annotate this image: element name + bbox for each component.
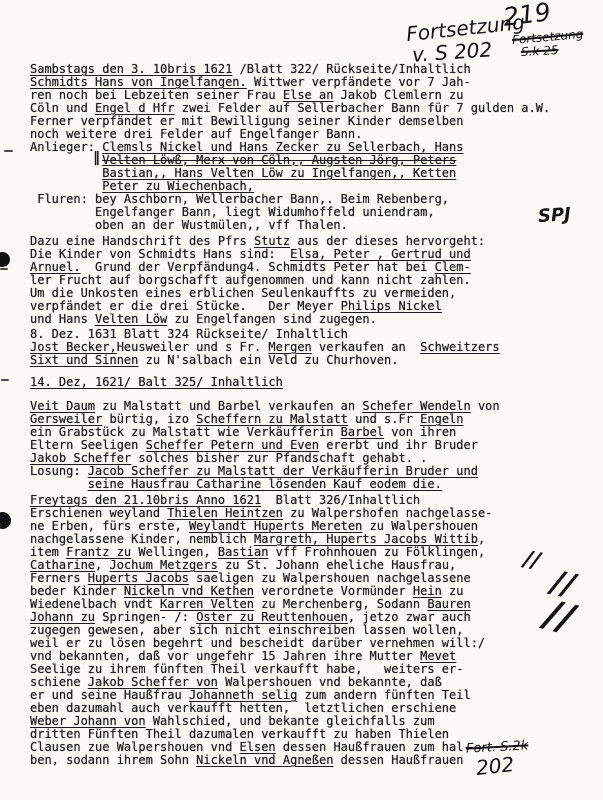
text-line: Sixt und Sinnen zu N'salbach ein Veld zu… bbox=[30, 354, 603, 367]
underlined-text: Scheffer Petern und Even bbox=[146, 438, 319, 452]
text-segment: Erschienen weyland bbox=[30, 506, 167, 520]
text-segment: bürtig, izo bbox=[102, 412, 196, 426]
text-segment bbox=[30, 153, 102, 167]
paragraph: Dazu eine Handschrift des Pfrs Stutz aus… bbox=[30, 235, 603, 326]
text-segment: , bbox=[95, 558, 109, 572]
text-segment: Blatt 326/Inhaltlich bbox=[261, 493, 420, 507]
text-segment: beder Kinder bbox=[30, 584, 124, 598]
underlined-text: Johann zu bbox=[30, 610, 95, 624]
text-segment: ne Erben, fürs erste, bbox=[30, 519, 189, 533]
text-segment: solches bisher zur Pfandschaft gehabt. . bbox=[131, 451, 427, 465]
text-segment: Heusweiler und s Fr. bbox=[117, 340, 269, 354]
underlined-text: Stutz bbox=[254, 234, 290, 248]
scanned-document-page: 219 Fortsetzung v. S 202 Fortsetzung S.k… bbox=[0, 0, 603, 800]
text-segment: nachgelassene Kinder, nemblich bbox=[30, 532, 254, 546]
text-segment: , bbox=[478, 532, 485, 546]
text-segment: Um die Unkosten eines erblichen Seulenka… bbox=[30, 286, 456, 300]
underlined-text: Jakob Scheffer von bbox=[88, 675, 218, 689]
text-segment: zugegen gewesen, aber sich nicht einschr… bbox=[30, 623, 463, 637]
underlined-text: Else an bbox=[283, 88, 334, 102]
underlined-text: Clem- bbox=[435, 260, 471, 274]
text-segment: noch weitere drei Felder auf Engelfanger… bbox=[30, 127, 362, 141]
underlined-text: Sixt und Sinnen bbox=[30, 353, 138, 367]
text-segment: dritten Fünften Theil dazumalen verkauff… bbox=[30, 727, 449, 741]
text-segment: ren noch bei Lebzeiten seiner Frau bbox=[30, 88, 283, 102]
text-line: und Hans Velten Löw zu Engelfangen sind … bbox=[30, 313, 603, 326]
underlined-text: Bastian,, Hans Velten Löw zu Ingelfangen… bbox=[102, 166, 456, 180]
text-segment: zu Walpershouen bbox=[362, 519, 478, 533]
underlined-text: Engeln bbox=[420, 412, 463, 426]
typed-text: Sambstags den 3. 10bris 1621 /Blatt 322/… bbox=[30, 63, 603, 767]
text-segment: aus der dieses hervorgeht: bbox=[290, 234, 485, 248]
text-segment: eben dazumahl auch verkaufft hetten, let… bbox=[30, 701, 456, 715]
underlined-text: Jost Becker, bbox=[30, 340, 117, 354]
text-line: 14. Dez, 1621/ Balt 325/ Inhaltlich bbox=[30, 376, 603, 389]
text-segment: weil er zu lösen begehrt und bescheidt d… bbox=[30, 636, 485, 650]
underlined-text: Nickeln vnd Agneßen bbox=[196, 753, 333, 767]
text-segment: /Blatt 322/ Rückseite/Inhaltlich bbox=[232, 62, 470, 76]
text-segment: zu bbox=[442, 584, 464, 598]
underlined-text: Catharine bbox=[30, 558, 95, 572]
text-segment: verordnete Vormünder bbox=[254, 584, 413, 598]
text-segment: verkaufen an bbox=[312, 340, 420, 354]
underlined-text: Jakob Scheffer bbox=[30, 451, 131, 465]
underlined-text: Schmidts Hans von Ingelfangen. bbox=[30, 75, 247, 89]
underlined-text: Peter zu Wiechenbach, bbox=[102, 179, 254, 193]
text-segment: Seelige zu ihrem fünften Theil verkaufft… bbox=[30, 662, 463, 676]
underlined-text: Karren Velten bbox=[160, 597, 254, 611]
text-segment: zu St. Johann eheliche Hausfrau, bbox=[218, 558, 456, 572]
text-segment: item bbox=[30, 545, 66, 559]
text-segment: von ihren bbox=[384, 425, 456, 439]
underlined-text: Velten Löw bbox=[95, 312, 167, 326]
text-segment: zwei Felder auf Sellerbacher Bann für 7 … bbox=[175, 101, 551, 115]
ink-blot bbox=[0, 512, 11, 529]
underlined-text: Scheffern zu Malstatt bbox=[196, 412, 348, 426]
text-segment: dessen Haußfrauen bbox=[333, 753, 463, 767]
text-segment: 8. Dez. 1631 Blatt 324 Rückseite/ Inhalt… bbox=[30, 327, 348, 341]
underlined-text: Frantz zu bbox=[66, 545, 131, 559]
paragraph: Sambstags den 3. 10bris 1621 /Blatt 322/… bbox=[30, 63, 603, 232]
text-segment: Wahlschied, und bekante gleichfalls zum bbox=[146, 714, 435, 728]
underlined-text: Schweitzers bbox=[420, 340, 499, 354]
text-segment: Wiedenelbach vndt bbox=[30, 597, 160, 611]
underlined-text: Clemsls Nickel und Hans Zecker zu Seller… bbox=[102, 140, 463, 154]
underlined-text: Arnuel. bbox=[30, 260, 81, 274]
text-segment: saeligen zu Walpershouen nachgelassene bbox=[189, 571, 471, 585]
text-segment: zu Merchenberg, Sodann bbox=[254, 597, 427, 611]
text-segment: Wellingen, bbox=[131, 545, 218, 559]
text-segment: Ferners bbox=[30, 571, 88, 585]
text-segment: Ferner verpfändet er mit Bewilligung sei… bbox=[30, 114, 463, 128]
text-segment: zu Walpershofen nachgelasse- bbox=[283, 506, 493, 520]
handwritten-crossed-note-line2: S.k 25 bbox=[521, 43, 559, 59]
text-segment: zum andern fünften Teil bbox=[297, 688, 470, 702]
text-segment: verpfändet er die drei Stücke. Der Meyer bbox=[30, 299, 341, 313]
text-segment: oben an der Wustmülen,, vff Thalen. bbox=[30, 218, 348, 232]
text-segment: ler Frucht auf borgschafft aufgenommen u… bbox=[30, 273, 471, 287]
underlined-text: Sambstags den 3. 10bris 1621 bbox=[30, 62, 232, 76]
underlined-text: Mevet bbox=[420, 649, 456, 663]
text-segment: vff Frohnhouen zu Fölklingen, bbox=[268, 545, 485, 559]
underlined-text: seine Hausfrau Catharine lösenden Kauf e… bbox=[88, 477, 442, 491]
underlined-text: Bastian bbox=[218, 545, 269, 559]
text-segment: ben, sodann ihrem Sohn bbox=[30, 753, 196, 767]
underlined-text: Elsa, Peter , Gertrud und bbox=[290, 247, 471, 261]
underlined-text: Engel d Hfr bbox=[95, 101, 174, 115]
text-segment: und Hans bbox=[30, 312, 95, 326]
underlined-text: Barbel bbox=[341, 425, 384, 439]
underlined-text: 14. Dez, 1621/ Balt 325/ Inhaltlich bbox=[30, 375, 283, 389]
text-segment: Losung: bbox=[30, 464, 88, 478]
underlined-text: Weber Johann von bbox=[30, 714, 146, 728]
margin-dash-mark bbox=[4, 150, 13, 152]
text-segment: , jetzo zwar auch bbox=[348, 610, 471, 624]
underlined-text: Elsen bbox=[240, 740, 276, 754]
underlined-text: Oster zu Reuttenhouen bbox=[196, 610, 348, 624]
underlined-text: Hein bbox=[413, 584, 442, 598]
margin-dash-mark bbox=[1, 379, 9, 381]
text-segment: Wittwer verpfändete vor 7 Jah- bbox=[247, 75, 471, 89]
underlined-text: Weylandt Huperts Mereten bbox=[189, 519, 362, 533]
paragraph: 8. Dez. 1631 Blatt 324 Rückseite/ Inhalt… bbox=[30, 328, 603, 367]
paragraph: Freytags den 21.10bris Anno 1621 Blatt 3… bbox=[30, 494, 603, 767]
text-segment: Springen- /: bbox=[95, 610, 196, 624]
text-segment: dessen Haußfrauen zum hal- bbox=[276, 740, 471, 754]
underlined-text: Margreth, Huperts Jacobs Wittib bbox=[254, 532, 478, 546]
underlined-text: Johanneth selig bbox=[189, 688, 297, 702]
text-segment: zu Malstatt und Barbel verkaufen an bbox=[95, 399, 362, 413]
text-segment: er und seine Haußfrau bbox=[30, 688, 189, 702]
text-segment bbox=[30, 477, 88, 491]
text-segment: zu N'salbach ein Veld zu Churhoven. bbox=[138, 353, 398, 367]
text-segment: Anlieger: bbox=[30, 140, 102, 154]
underlined-text: Bauren bbox=[427, 597, 470, 611]
text-segment: ererbt und ihr Bruder bbox=[319, 438, 478, 452]
underlined-text: Mergen bbox=[268, 340, 311, 354]
text-segment: Jakob Clemlern zu bbox=[333, 88, 463, 102]
text-segment: Clausen zue Walpershouen vnd bbox=[30, 740, 240, 754]
underlined-text: Gersweiler bbox=[30, 412, 102, 426]
underlined-text: Veit Daum bbox=[30, 399, 95, 413]
underlined-text: Schefer Wendeln bbox=[362, 399, 470, 413]
text-segment bbox=[30, 166, 102, 180]
text-segment: Cöln und bbox=[30, 101, 95, 115]
underlined-text: Jacob Scheffer zu Malstatt der Verkäuffe… bbox=[88, 464, 478, 478]
text-segment: Eltern Seeligen bbox=[30, 438, 146, 452]
text-line: seine Hausfrau Catharine lösenden Kauf e… bbox=[30, 478, 603, 491]
paragraph: Veit Daum zu Malstatt und Barbel verkauf… bbox=[30, 400, 603, 491]
text-segment: zu Engelfangen sind zugegen. bbox=[167, 312, 377, 326]
text-segment: und s.Fr bbox=[348, 412, 420, 426]
text-segment: Fluren: bey Aschborn, Wellerbacher Bann,… bbox=[30, 192, 449, 206]
text-segment: Engelfanger Bann, liegt Widumhoffeld uni… bbox=[30, 205, 435, 219]
text-segment: Walpershouen vnd bekannte, daß bbox=[218, 675, 442, 689]
text-segment: ein Grabstück zu Malstatt wie Verkäuffer… bbox=[30, 425, 341, 439]
text-segment: vnd bekannten, daß vor ungefehr 15 Jahre… bbox=[30, 649, 420, 663]
text-line: ben, sodann ihrem Sohn Nickeln vnd Agneß… bbox=[30, 754, 603, 767]
underlined-text: Nickeln vnd Kethen bbox=[124, 584, 254, 598]
underlined-text: Philips Nickel bbox=[341, 299, 442, 313]
margin-dash-mark bbox=[0, 268, 8, 270]
underlined-text: Thielen Heintzen bbox=[167, 506, 283, 520]
text-segment: schiene bbox=[30, 675, 88, 689]
text-segment bbox=[30, 179, 102, 193]
underlined-text: Velten Löwß, Merx von Cöln,, Augsten Jör… bbox=[102, 153, 456, 167]
underlined-text: Freytags den 21.10bris Anno 1621 bbox=[30, 493, 261, 507]
text-segment: von bbox=[471, 399, 500, 413]
text-segment: Die Kinder von Schmidts Hans sind: bbox=[30, 247, 290, 261]
ink-blot bbox=[0, 252, 10, 267]
underlined-text: Jochum Metzgers bbox=[109, 558, 217, 572]
text-line: oben an der Wustmülen,, vff Thalen. bbox=[30, 219, 603, 232]
text-segment: Dazu eine Handschrift des Pfrs bbox=[30, 234, 254, 248]
paragraph: 14. Dez, 1621/ Balt 325/ Inhaltlich bbox=[30, 376, 603, 389]
text-segment: Grund der Verpfändung4. Schmidts Peter h… bbox=[81, 260, 435, 274]
underlined-text: Huperts Jacobs bbox=[88, 571, 189, 585]
